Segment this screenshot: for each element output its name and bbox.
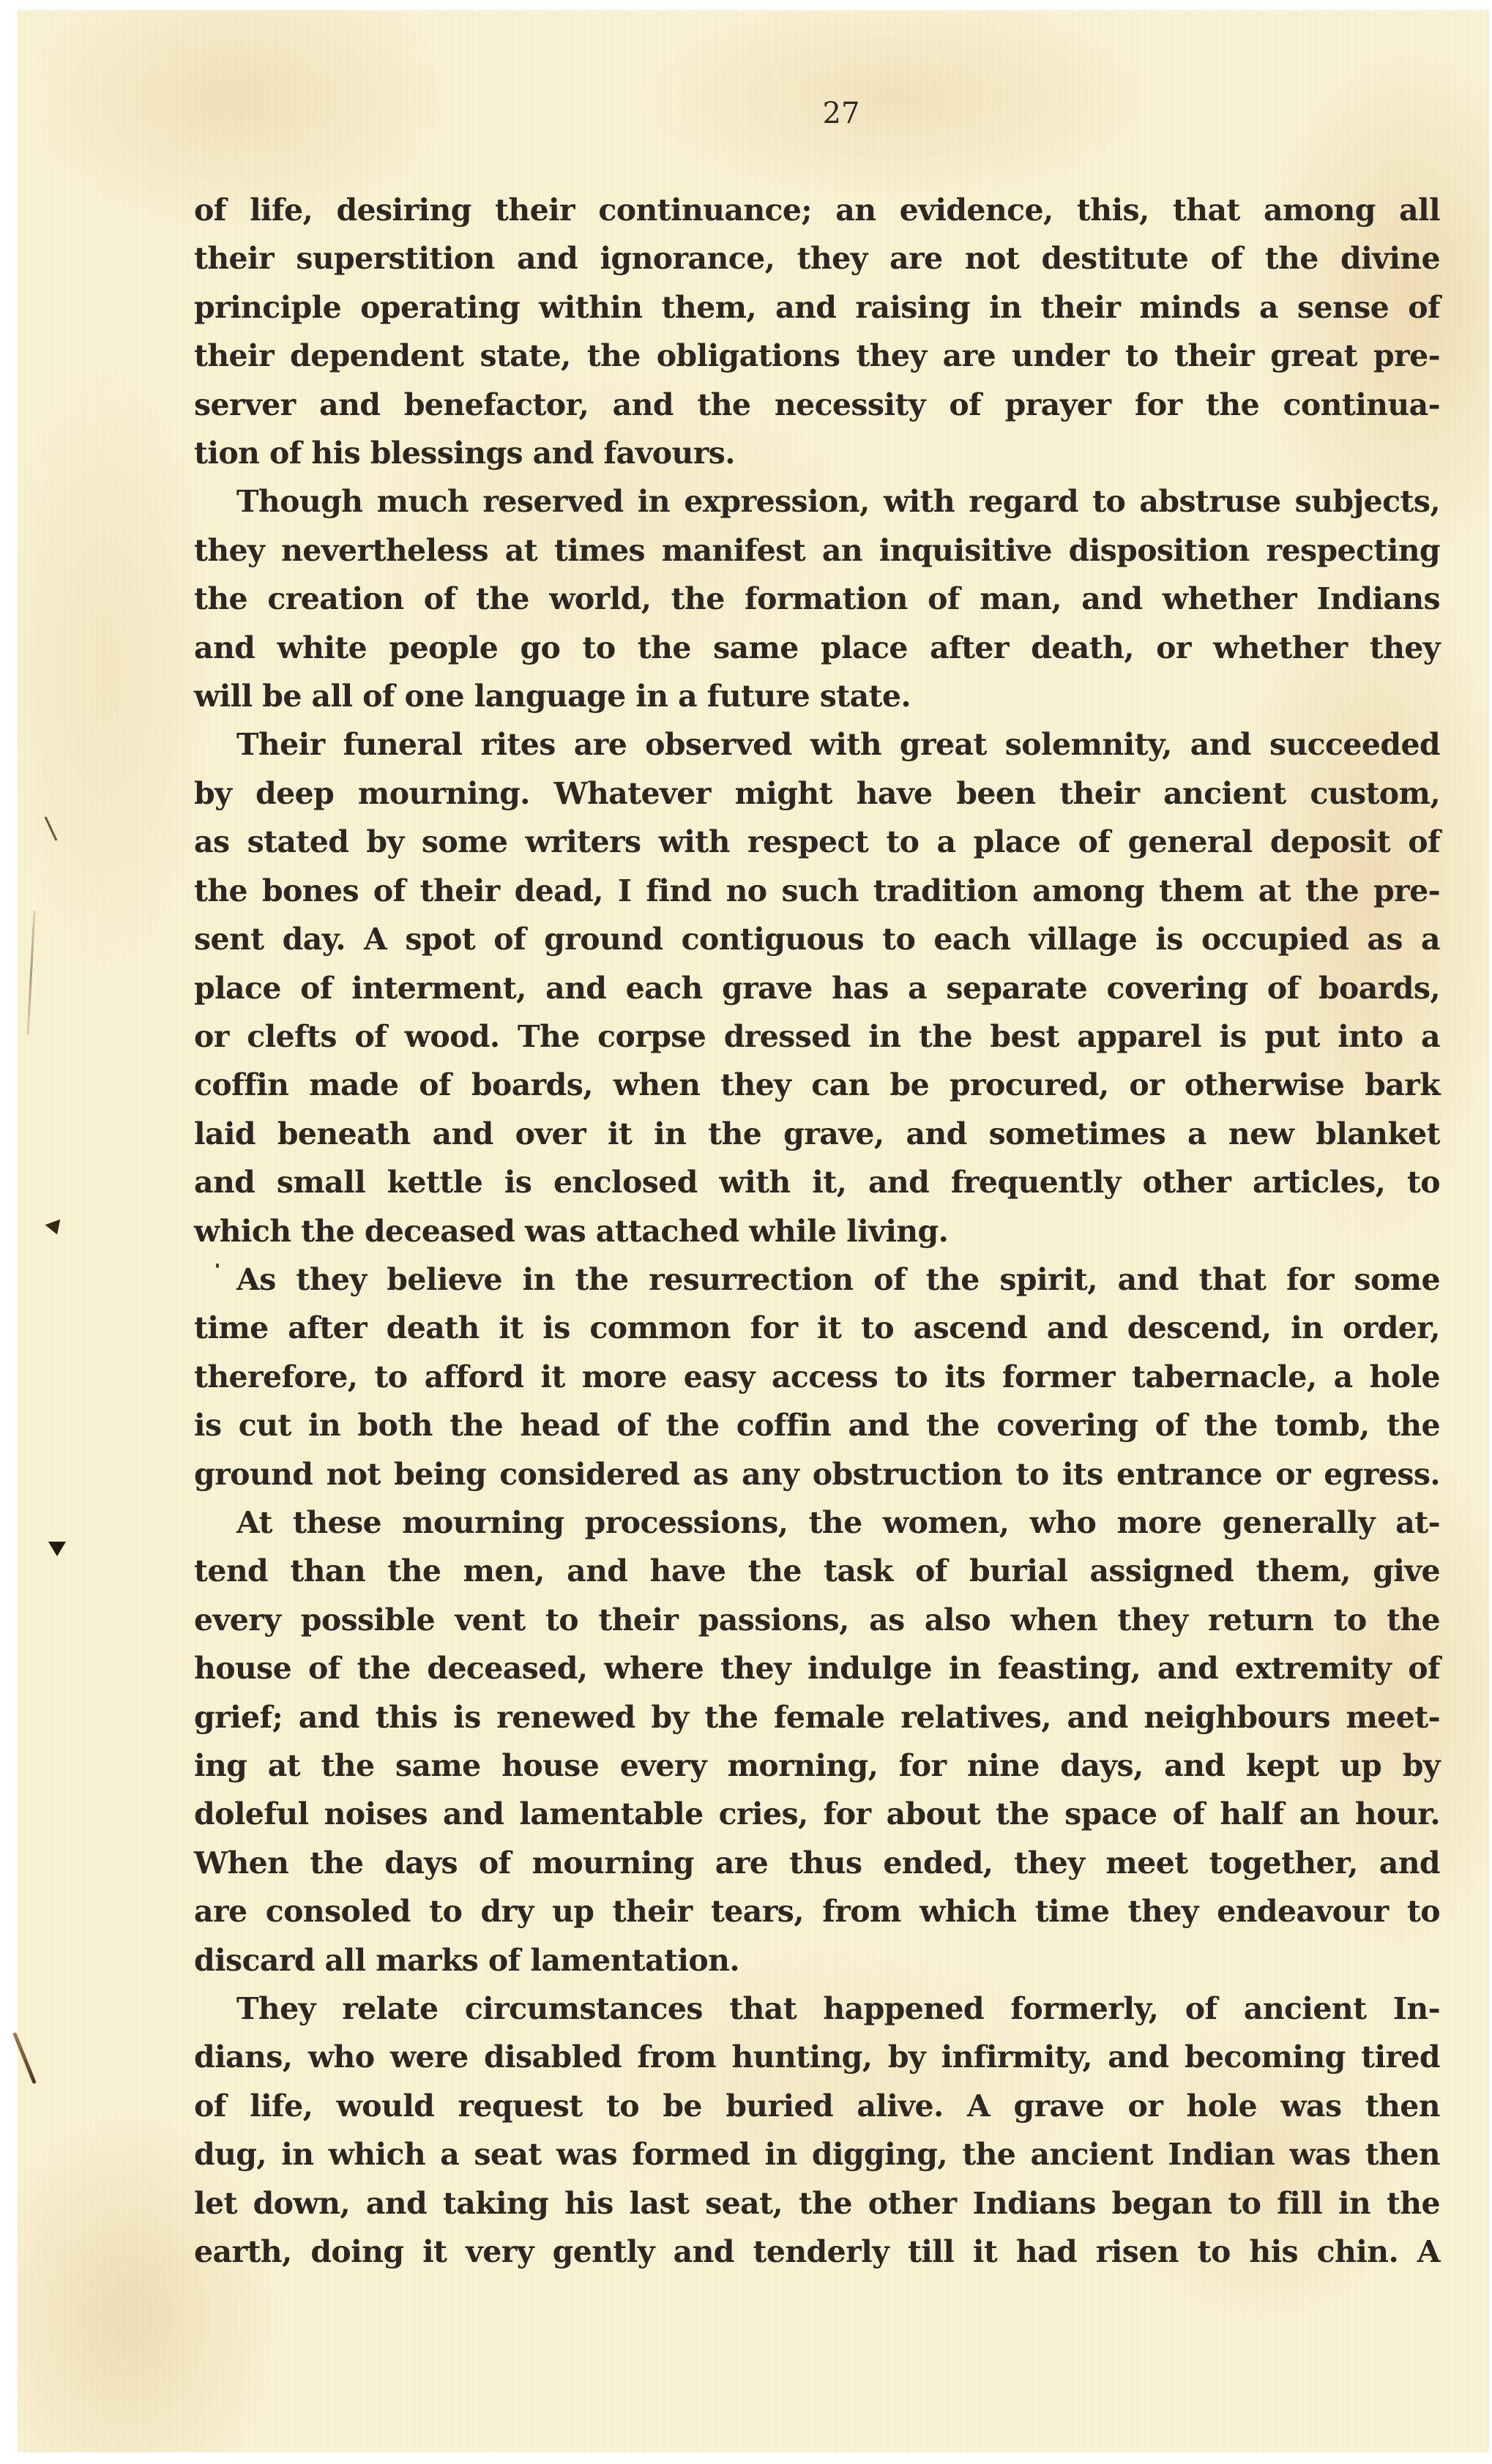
text-line: are consoled to dry up their tears, from… [194,1887,1440,1935]
text-line: dians, who were disabled from hunting, b… [194,2033,1440,2081]
text-line: their superstition and ignorance, they a… [194,234,1440,283]
text-line: which the deceased was attached while li… [194,1207,1440,1255]
text-line: therefore, to afford it more easy access… [194,1353,1440,1401]
paragraph: of life, desiring their continuance; an … [194,186,1440,477]
text-line: server and benefactor, and the necessity… [194,381,1440,429]
body-text: of life, desiring their continuance; an … [194,186,1440,2276]
margin-ink-blot [48,1542,66,1556]
text-line: sent day. A spot of ground contiguous to… [194,915,1440,963]
margin-ink-stroke [12,2032,37,2084]
paragraph: Though much reserved in expression, with… [194,477,1440,720]
text-line: principle operating within them, and rai… [194,283,1440,332]
text-line: dug, in which a seat was formed in diggi… [194,2130,1440,2179]
scanned-book-page: 27 of life, desiring their continuance; … [18,10,1489,2452]
text-line: ing at the same house every morning, for… [194,1741,1440,1790]
text-line: As they believe in the resurrection of t… [194,1255,1440,1304]
page-number: 27 [812,97,870,130]
text-line: earth, doing it very gently and tenderly… [194,2228,1440,2276]
text-line: grief; and this is renewed by the female… [194,1693,1440,1741]
text-line: place of interment, and each grave has a… [194,964,1440,1012]
text-line: laid beneath and over it in the grave, a… [194,1110,1440,1158]
margin-pencil-mark [45,816,58,841]
text-line: by deep mourning. Whatever might have be… [194,769,1440,818]
text-line: At these mourning processions, the women… [194,1498,1440,1547]
paragraph: As they believe in the resurrection of t… [194,1255,1440,1498]
text-line: every possible vent to their passions, a… [194,1596,1440,1644]
text-line: time after death it is common for it to … [194,1304,1440,1352]
text-line: the creation of the world, the formation… [194,575,1440,623]
text-line: Though much reserved in expression, with… [194,477,1440,526]
paragraph: Their funeral rites are observed with gr… [194,720,1440,1255]
text-line: their dependent state, the obligations t… [194,332,1440,380]
paragraph: They relate circumstances that happened … [194,1985,1440,2276]
text-line: is cut in both the head of the coffin an… [194,1401,1440,1449]
text-line: or clefts of wood. The corpse dressed in… [194,1012,1440,1061]
text-line: of life, would request to be buried aliv… [194,2082,1440,2130]
text-line: doleful noises and lamentable cries, for… [194,1790,1440,1838]
margin-crease-mark [27,911,36,1035]
text-line: tend than the men, and have the task of … [194,1547,1440,1595]
text-line: They relate circumstances that happened … [194,1985,1440,2033]
text-line: and white people go to the same place af… [194,624,1440,672]
text-line: let down, and taking his last seat, the … [194,2179,1440,2228]
text-line: Their funeral rites are observed with gr… [194,720,1440,769]
text-line: the bones of their dead, I find no such … [194,867,1440,915]
text-line: house of the deceased, where they indulg… [194,1644,1440,1692]
text-line: When the days of mourning are thus ended… [194,1839,1440,1887]
text-line: of life, desiring their continuance; an … [194,186,1440,234]
text-line: coffin made of boards, when they can be … [194,1061,1440,1109]
text-line: discard all marks of lamentation. [194,1936,1440,1985]
margin-ink-blot [45,1220,65,1237]
text-line: and small kettle is enclosed with it, an… [194,1158,1440,1206]
text-line: tion of his blessings and favours. [194,429,1440,477]
paragraph: At these mourning processions, the women… [194,1498,1440,1985]
text-line: as stated by some writers with respect t… [194,818,1440,866]
text-line: they nevertheless at times manifest an i… [194,526,1440,575]
text-line: ground not being considered as any obstr… [194,1450,1440,1498]
text-line: will be all of one language in a future … [194,672,1440,720]
